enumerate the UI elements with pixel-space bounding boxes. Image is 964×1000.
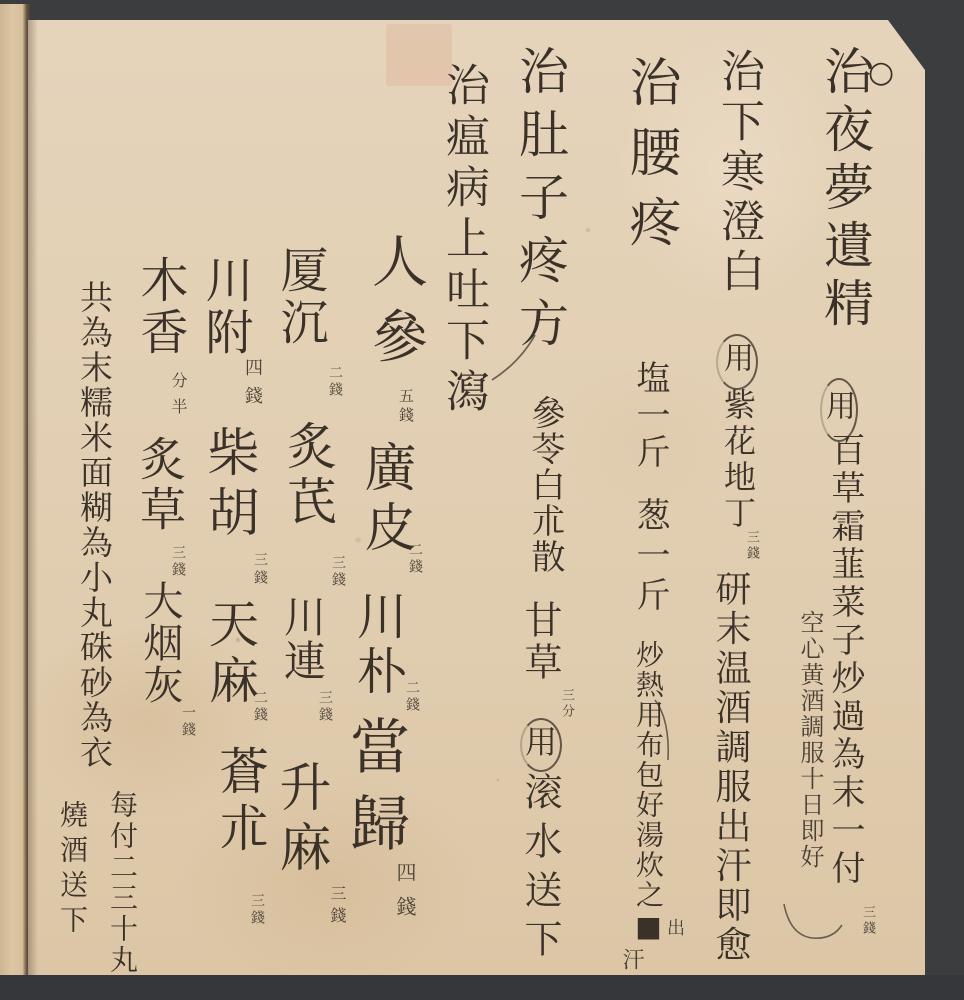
ingredient-name: 人參: [367, 232, 423, 382]
ingredient-dose: 三錢: [331, 555, 345, 589]
ingredient-name: 柴胡: [202, 425, 254, 545]
recipe-1-circled-char: 用: [822, 390, 852, 420]
ingredient-dose: 三錢: [250, 893, 264, 927]
recipe-2-instructions: 研末温酒調服出汗即愈: [712, 570, 748, 965]
scan-background: 治夜夢遺精 ○ 用 百草霜韮菜子炒過為末一付 三錢 空心黄酒調服十日即好 治下寒…: [0, 0, 964, 1000]
dosage-text: 每付二三十丸: [108, 790, 136, 976]
recipe-1-title: 治夜夢遺精: [820, 45, 870, 335]
ingredient-name: 木香: [136, 255, 184, 359]
ingredient-dose: 二錢: [408, 542, 422, 576]
scan-bottom-border: [0, 975, 964, 1000]
ingredient-name: 大烟灰: [140, 580, 180, 706]
recipe-2-circled-char: 用: [720, 342, 750, 372]
ingredient-name: 升麻: [274, 760, 326, 880]
recipe-4-title: 治肚子疼方: [515, 45, 565, 360]
previous-page-edge: [0, 4, 30, 976]
recipe-2-dose: 三錢: [745, 530, 758, 562]
ingredient-dose: 三錢: [253, 552, 267, 588]
ingredient-dose: 三錢: [329, 885, 345, 929]
recipe-4-formula: 參苓白朮散: [528, 395, 562, 575]
recipe-4-instructions: 滚水送下: [521, 772, 559, 968]
recipe-4-circled-char: 用: [523, 725, 555, 757]
recipe-1-dose: 三錢: [861, 905, 874, 937]
ingredient-dose: 二錢: [405, 680, 419, 714]
recipe-4-ingredient-dose: 三分: [560, 688, 573, 720]
ingredient-dose: 四錢: [243, 358, 261, 414]
recipe-3-item: 塩一斤: [633, 360, 667, 471]
recipe-2-title: 治下寒澄白: [716, 48, 760, 298]
circle-mark-icon: ○: [868, 58, 894, 88]
recipe-3-body: 炒熱用布包好湯炊之■: [634, 640, 662, 945]
ingredient-name: 炙草: [137, 435, 183, 535]
ingredient-dose: 二錢: [253, 690, 267, 724]
recipe-3-item: 葱一斤: [633, 497, 667, 617]
recipe-3-note-char: 出: [665, 918, 683, 936]
ingredient-name: 天麻: [205, 598, 255, 710]
ingredient-name: 蒼朮: [215, 745, 265, 859]
ingredient-name: 炙芪: [283, 420, 333, 530]
ingredient-dose: 一錢: [181, 705, 195, 739]
ingredient-dose: 三錢: [171, 545, 185, 579]
administration-note: 燒酒送下: [58, 800, 86, 940]
ingredient-dose: 二錢: [328, 365, 342, 399]
ingredient-name: 厦沉: [276, 245, 324, 349]
ingredient-name: 廣皮: [359, 440, 411, 560]
ingredient-name: 川朴: [353, 590, 403, 700]
ingredient-name: 當歸: [345, 715, 405, 869]
recipe-5-title: 治瘟病上吐下瀉: [441, 62, 485, 419]
recipe-1-side-note: 空心黄酒調服十日即好: [798, 610, 822, 870]
recipe-3-title: 治腰疼: [624, 55, 676, 265]
recipe-1-body: 百草霜韮菜子炒過為末一付: [828, 432, 862, 888]
ingredient-dose: 分半: [170, 372, 186, 424]
recipe-3-note-char: 汗: [620, 948, 642, 970]
ingredient-dose: 三錢: [318, 690, 332, 724]
binding-shadow: [28, 20, 38, 975]
recipe-2-body: 紫花地丁: [722, 388, 754, 532]
ingredient-name: 川附: [201, 255, 249, 359]
recipe-4-ingredient: 甘草: [521, 600, 559, 684]
ingredient-dose: 五錢: [398, 388, 413, 426]
ingredient-dose: 四錢: [395, 862, 415, 930]
ingredient-name: 川連: [281, 595, 323, 683]
preparation-text: 共為末糯米面糊為小丸硃砂為衣: [78, 280, 111, 770]
